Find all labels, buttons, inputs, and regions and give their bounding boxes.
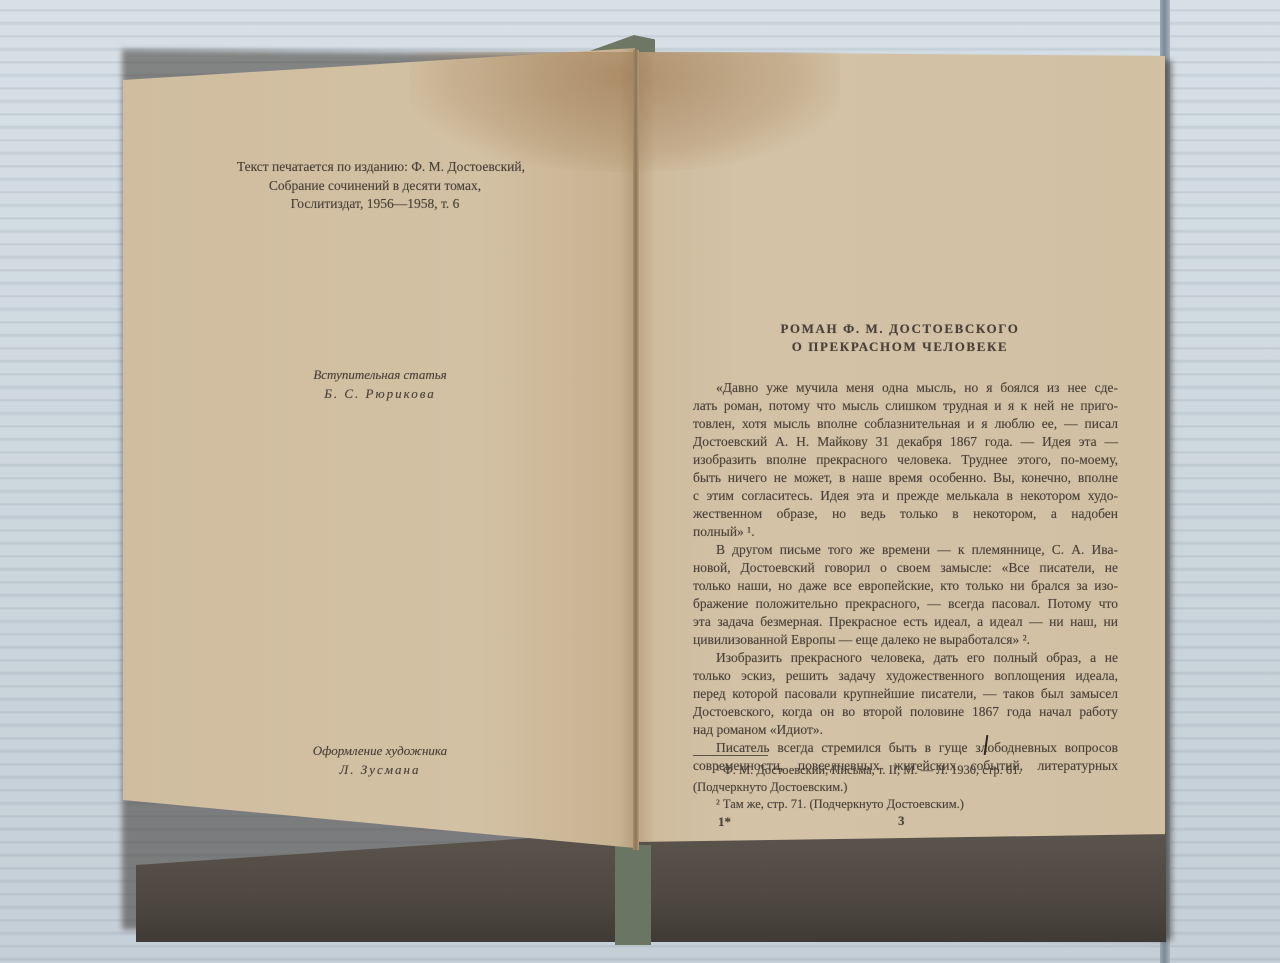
body-line: над романом «Идиот». (693, 723, 1118, 741)
footnote-1-line-2: (Подчеркнуто Достоевским.) (693, 781, 1118, 798)
body-line: эта задача безмерная. Прекрасное есть ид… (693, 615, 1118, 633)
chapter-title-line-2: О ПРЕКРАСНОМ ЧЕЛОВЕКЕ (720, 340, 1080, 353)
imprint-line-1: Текст печатается по изданию: Ф. М. Досто… (225, 160, 525, 174)
footnote-1-line-1: ¹ Ф. М. Достоевский, Письма, т. II, М. —… (693, 764, 1118, 781)
body-line: В другом письме того же времени — к плем… (693, 543, 1118, 561)
body-line: товлен, хотя мысль вполне соблазнительна… (693, 417, 1118, 435)
body-line: цивилизованной Европы — еще далеко не вы… (693, 633, 1118, 651)
book-gutter (633, 50, 639, 850)
footnote-divider (693, 755, 768, 756)
body-line: быть ничего не может, в наше время особе… (693, 471, 1118, 489)
body-line: Изобразить прекрасного человека, дать ег… (693, 651, 1118, 669)
design-credit-label: Оформление художника (280, 744, 480, 757)
water-stain (410, 52, 840, 172)
body-line: полный» ¹. (693, 525, 1118, 543)
intro-credit-name: Б. С. Рюрикова (280, 387, 480, 400)
body-text: «Давно уже мучила меня одна мысль, но я … (693, 381, 1118, 777)
body-line: Достоевского, когда он во второй половин… (693, 705, 1118, 723)
intro-credit-label: Вступительная статья (280, 368, 480, 381)
body-line: Достоевский А. Н. Майкову 31 декабря 186… (693, 435, 1118, 453)
footnote-2: ² Там же, стр. 71. (Подчеркнуто Достоевс… (693, 798, 1118, 815)
body-line: бражение положительно прекрасного, — все… (693, 597, 1118, 615)
imprint-line-3: Гослитиздат, 1956—1958, т. 6 (225, 197, 525, 211)
design-credit: Оформление художника Л. Зусмана (280, 744, 480, 782)
body-line: только наши, но даже все европейские, кт… (693, 579, 1118, 597)
body-line: «Давно уже мучила меня одна мысль, но я … (693, 381, 1118, 399)
body-line: Писатель всегда стремился быть в гуще зл… (693, 741, 1118, 759)
body-line: с этим согласитесь. Идея эта и прежде ме… (693, 489, 1118, 507)
imprint-line-2: Собрание сочинений в десяти томах, (225, 179, 525, 193)
body-line: лать роман, потому что мысль слишком тру… (693, 399, 1118, 417)
imprint-notice: Текст печатается по изданию: Ф. М. Досто… (225, 160, 525, 216)
body-line: только эскиз, решить задачу художественн… (693, 669, 1118, 687)
body-line: перед которой пасовали крупнейшие писате… (693, 687, 1118, 705)
intro-article-credit: Вступительная статья Б. С. Рюрикова (280, 368, 480, 406)
chapter-title: РОМАН Ф. М. ДОСТОЕВСКОГО О ПРЕКРАСНОМ ЧЕ… (720, 322, 1080, 358)
chapter-title-line-1: РОМАН Ф. М. ДОСТОЕВСКОГО (720, 322, 1080, 335)
body-line: изобразить вполне прекрасного человека. … (693, 453, 1118, 471)
footnotes: ¹ Ф. М. Достоевский, Письма, т. II, М. —… (693, 764, 1118, 815)
body-line: новой, Достоевский говорил о своем замыс… (693, 561, 1118, 579)
book-spine-bottom (615, 845, 651, 945)
page-number: 3 (898, 814, 905, 827)
design-credit-name: Л. Зусмана (280, 763, 480, 776)
body-line: жественном образе, но ведь только в неко… (693, 507, 1118, 525)
signature-mark: 1* (718, 815, 731, 828)
